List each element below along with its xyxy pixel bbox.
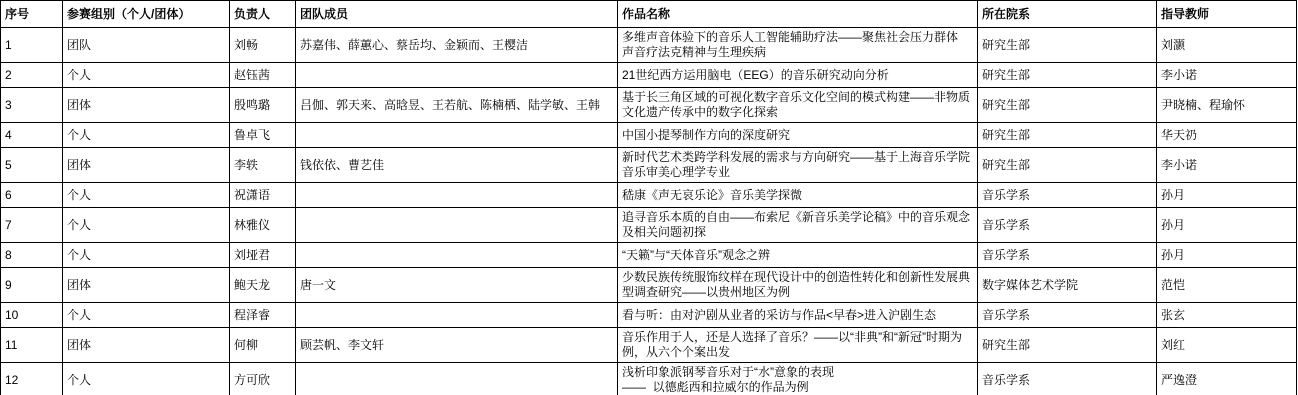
column-header-group: 参赛组别（个人/团体） bbox=[63, 1, 230, 28]
cell-department: 音乐学系 bbox=[978, 243, 1157, 268]
column-header-leader: 负责人 bbox=[230, 1, 296, 28]
cell-title: 追寻音乐本质的自由——布索尼《新音乐美学论稿》中的音乐观念及相关问题初探 bbox=[618, 208, 978, 243]
cell-advisor: 张玄 bbox=[1157, 303, 1297, 328]
cell-title: 少数民族传统服饰纹样在现代设计中的创造性转化和创新性发展典型调查研究——以贵州地… bbox=[618, 268, 978, 303]
cell-leader: 殷鸣璐 bbox=[230, 88, 296, 123]
cell-members bbox=[296, 123, 618, 148]
table-row: 1团队刘畅苏嘉伟、薛蕙心、蔡岳均、金颖而、王樱洁多维声音体验下的音乐人工智能辅助… bbox=[1, 28, 1297, 63]
cell-title: 看与听：由对沪剧从业者的采访与作品<早春>进入沪剧生态 bbox=[618, 303, 978, 328]
cell-advisor: 华天礽 bbox=[1157, 123, 1297, 148]
cell-title: 音乐作用于人，还是人选择了音乐？——以“非典”和“新冠”时期为例，从六个个案出发 bbox=[618, 328, 978, 363]
cell-leader: 赵钰茜 bbox=[230, 63, 296, 88]
cell-members: 吕伽、郭天来、高晗昱、王若航、陈楠栖、陆学敏、王韩 bbox=[296, 88, 618, 123]
cell-group: 个人 bbox=[63, 208, 230, 243]
cell-title: 中国小提琴制作方向的深度研究 bbox=[618, 123, 978, 148]
cell-members: 钱依依、曹艺佳 bbox=[296, 148, 618, 183]
cell-advisor: 李小诺 bbox=[1157, 63, 1297, 88]
table-row: 7个人林雅仪追寻音乐本质的自由——布索尼《新音乐美学论稿》中的音乐观念及相关问题… bbox=[1, 208, 1297, 243]
cell-group: 团队 bbox=[63, 28, 230, 63]
cell-group: 个人 bbox=[63, 63, 230, 88]
cell-department: 音乐学系 bbox=[978, 363, 1157, 395]
cell-department: 音乐学系 bbox=[978, 183, 1157, 208]
cell-leader: 鲍天龙 bbox=[230, 268, 296, 303]
cell-title: 嵇康《声无哀乐论》音乐美学探微 bbox=[618, 183, 978, 208]
table-row: 10个人程泽睿看与听：由对沪剧从业者的采访与作品<早春>进入沪剧生态音乐学系张玄 bbox=[1, 303, 1297, 328]
table-row: 6个人祝潇语嵇康《声无哀乐论》音乐美学探微音乐学系孙月 bbox=[1, 183, 1297, 208]
cell-department: 研究生部 bbox=[978, 328, 1157, 363]
cell-advisor: 孙月 bbox=[1157, 208, 1297, 243]
cell-department: 音乐学系 bbox=[978, 303, 1157, 328]
cell-leader: 祝潇语 bbox=[230, 183, 296, 208]
cell-leader: 刘畅 bbox=[230, 28, 296, 63]
column-header-title: 作品名称 bbox=[618, 1, 978, 28]
table-row: 3团体殷鸣璐吕伽、郭天来、高晗昱、王若航、陈楠栖、陆学敏、王韩基于长三角区域的可… bbox=[1, 88, 1297, 123]
cell-leader: 李轶 bbox=[230, 148, 296, 183]
cell-group: 个人 bbox=[63, 123, 230, 148]
cell-title: 基于长三角区域的可视化数字音乐文化空间的模式构建——非物质文化遗产传承中的数字化… bbox=[618, 88, 978, 123]
cell-index: 6 bbox=[1, 183, 63, 208]
header-row: 序号参赛组别（个人/团体）负责人团队成员作品名称所在院系指导教师 bbox=[1, 1, 1297, 28]
cell-advisor: 范恺 bbox=[1157, 268, 1297, 303]
table-row: 5团体李轶钱依依、曹艺佳新时代艺术类跨学科发展的需求与方向研究——基于上海音乐学… bbox=[1, 148, 1297, 183]
cell-index: 10 bbox=[1, 303, 63, 328]
cell-leader: 方可欣 bbox=[230, 363, 296, 395]
cell-group: 团体 bbox=[63, 88, 230, 123]
cell-members bbox=[296, 208, 618, 243]
cell-department: 研究生部 bbox=[978, 28, 1157, 63]
cell-members: 苏嘉伟、薛蕙心、蔡岳均、金颖而、王樱洁 bbox=[296, 28, 618, 63]
table-row: 4个人鲁卓飞中国小提琴制作方向的深度研究研究生部华天礽 bbox=[1, 123, 1297, 148]
cell-members bbox=[296, 303, 618, 328]
cell-leader: 程泽睿 bbox=[230, 303, 296, 328]
cell-title: “天籁”与“天体音乐”观念之辨 bbox=[618, 243, 978, 268]
cell-title: 21世纪西方运用脑电（EEG）的音乐研究动向分析 bbox=[618, 63, 978, 88]
table-row: 11团体何柳顾芸帆、李文轩音乐作用于人，还是人选择了音乐？——以“非典”和“新冠… bbox=[1, 328, 1297, 363]
cell-department: 研究生部 bbox=[978, 123, 1157, 148]
cell-members: 唐一文 bbox=[296, 268, 618, 303]
cell-title: 新时代艺术类跨学科发展的需求与方向研究——基于上海音乐学院音乐审美心理学专业 bbox=[618, 148, 978, 183]
cell-members bbox=[296, 183, 618, 208]
cell-leader: 何柳 bbox=[230, 328, 296, 363]
cell-index: 5 bbox=[1, 148, 63, 183]
cell-group: 个人 bbox=[63, 303, 230, 328]
entries-table-body: 1团队刘畅苏嘉伟、薛蕙心、蔡岳均、金颖而、王樱洁多维声音体验下的音乐人工智能辅助… bbox=[1, 28, 1297, 395]
cell-department: 研究生部 bbox=[978, 148, 1157, 183]
column-header-department: 所在院系 bbox=[978, 1, 1157, 28]
column-header-advisor: 指导教师 bbox=[1157, 1, 1297, 28]
cell-advisor: 刘灏 bbox=[1157, 28, 1297, 63]
table-row: 2个人赵钰茜21世纪西方运用脑电（EEG）的音乐研究动向分析研究生部李小诺 bbox=[1, 63, 1297, 88]
cell-title: 浅析印象派钢琴音乐对于“水”意象的表现 —— 以德彪西和拉威尔的作品为例 bbox=[618, 363, 978, 395]
cell-leader: 鲁卓飞 bbox=[230, 123, 296, 148]
cell-department: 音乐学系 bbox=[978, 208, 1157, 243]
cell-index: 11 bbox=[1, 328, 63, 363]
cell-members: 顾芸帆、李文轩 bbox=[296, 328, 618, 363]
cell-index: 12 bbox=[1, 363, 63, 395]
cell-members bbox=[296, 363, 618, 395]
table-row: 8个人刘垭君“天籁”与“天体音乐”观念之辨音乐学系孙月 bbox=[1, 243, 1297, 268]
cell-group: 个人 bbox=[63, 363, 230, 395]
cell-group: 个人 bbox=[63, 243, 230, 268]
cell-department: 研究生部 bbox=[978, 63, 1157, 88]
cell-index: 9 bbox=[1, 268, 63, 303]
cell-group: 团体 bbox=[63, 328, 230, 363]
cell-index: 4 bbox=[1, 123, 63, 148]
cell-group: 团体 bbox=[63, 268, 230, 303]
cell-index: 3 bbox=[1, 88, 63, 123]
cell-title: 多维声音体验下的音乐人工智能辅助疗法——聚焦社会压力群体 声音疗法克精神与生理疾… bbox=[618, 28, 978, 63]
cell-leader: 刘垭君 bbox=[230, 243, 296, 268]
cell-department: 研究生部 bbox=[978, 88, 1157, 123]
cell-index: 2 bbox=[1, 63, 63, 88]
cell-advisor: 刘红 bbox=[1157, 328, 1297, 363]
entries-table: 序号参赛组别（个人/团体）负责人团队成员作品名称所在院系指导教师 1团队刘畅苏嘉… bbox=[0, 0, 1297, 395]
cell-advisor: 孙月 bbox=[1157, 243, 1297, 268]
cell-members bbox=[296, 243, 618, 268]
cell-advisor: 尹晓楠、程瑜怀 bbox=[1157, 88, 1297, 123]
table-row: 9团体鲍天龙唐一文少数民族传统服饰纹样在现代设计中的创造性转化和创新性发展典型调… bbox=[1, 268, 1297, 303]
table-row: 12个人方可欣浅析印象派钢琴音乐对于“水”意象的表现 —— 以德彪西和拉威尔的作… bbox=[1, 363, 1297, 395]
cell-members bbox=[296, 63, 618, 88]
cell-advisor: 李小诺 bbox=[1157, 148, 1297, 183]
cell-index: 7 bbox=[1, 208, 63, 243]
column-header-members: 团队成员 bbox=[296, 1, 618, 28]
competition-entries-sheet: 序号参赛组别（个人/团体）负责人团队成员作品名称所在院系指导教师 1团队刘畅苏嘉… bbox=[0, 0, 1298, 395]
cell-index: 8 bbox=[1, 243, 63, 268]
cell-department: 数字媒体艺术学院 bbox=[978, 268, 1157, 303]
cell-group: 个人 bbox=[63, 183, 230, 208]
cell-index: 1 bbox=[1, 28, 63, 63]
cell-leader: 林雅仪 bbox=[230, 208, 296, 243]
cell-advisor: 严逸澄 bbox=[1157, 363, 1297, 395]
cell-group: 团体 bbox=[63, 148, 230, 183]
cell-advisor: 孙月 bbox=[1157, 183, 1297, 208]
column-header-index: 序号 bbox=[1, 1, 63, 28]
